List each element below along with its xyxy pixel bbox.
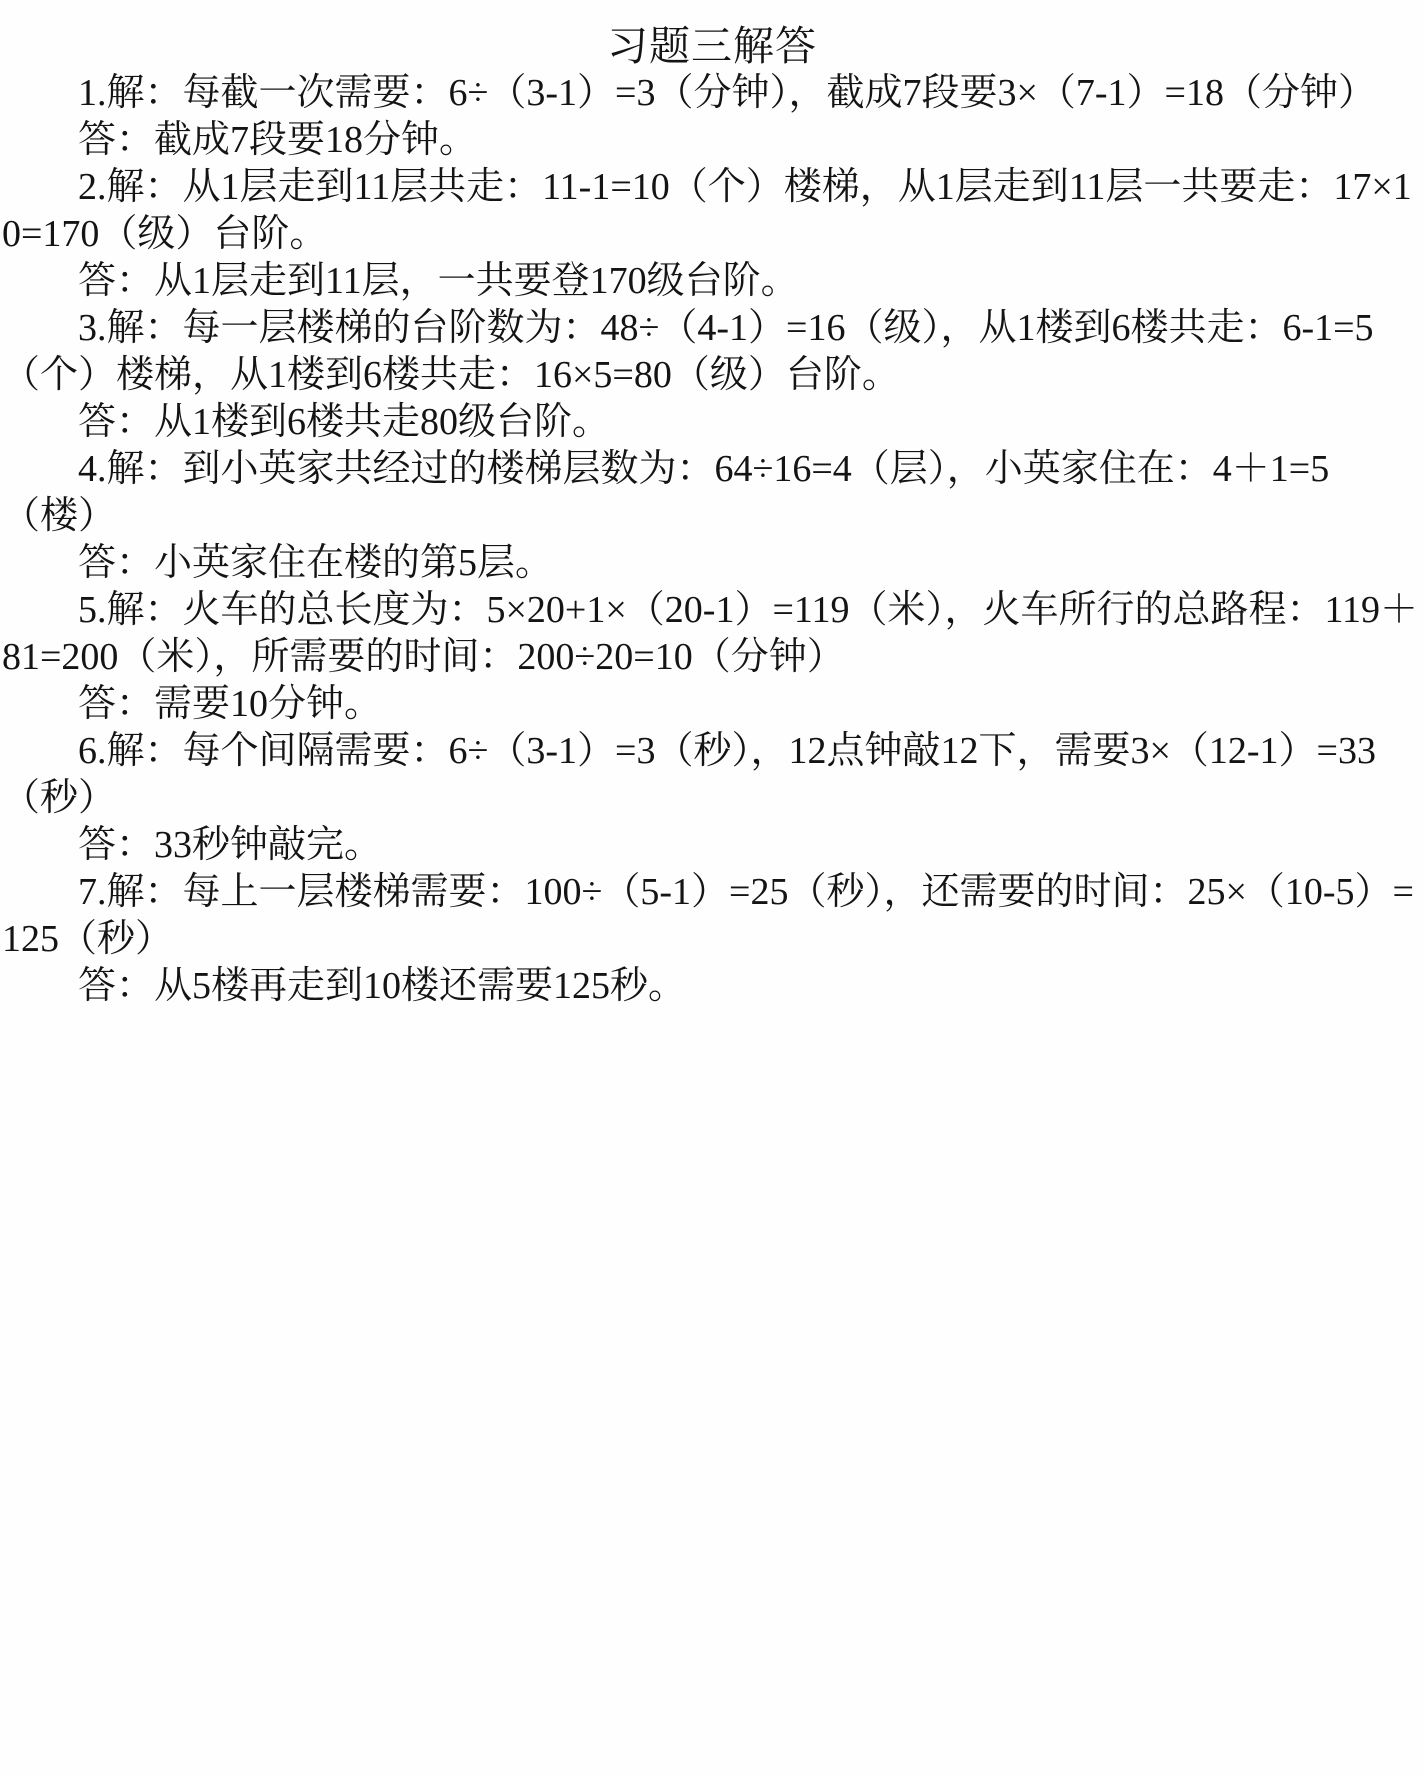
solution-paragraph-3: 3.解：每一层楼梯的台阶数为：48÷（4-1）=16（级），从1楼到6楼共走：6… — [2, 305, 1422, 399]
solution-paragraph-4: 4.解：到小英家共经过的楼梯层数为：64÷16=4（层），小英家住在：4＋1=5… — [2, 446, 1422, 540]
answer-paragraph-4: 答：小英家住在楼的第5层。 — [2, 540, 1422, 587]
document-page: 习题三解答 1.解：每截一次需要：6÷（3-1）=3（分钟），截成7段要3×（7… — [0, 0, 1424, 1776]
answer-paragraph-2: 答：从1层走到11层，一共要登170级台阶。 — [2, 258, 1422, 305]
answer-paragraph-7: 答：从5楼再走到10楼还需要125秒。 — [2, 963, 1422, 1010]
page-title: 习题三解答 — [2, 22, 1422, 70]
solution-paragraph-5: 5.解：火车的总长度为：5×20+1×（20-1）=119（米），火车所行的总路… — [2, 587, 1422, 681]
answer-paragraph-5: 答：需要10分钟。 — [2, 681, 1422, 728]
answer-paragraph-3: 答：从1楼到6楼共走80级台阶。 — [2, 399, 1422, 446]
solution-paragraph-7: 7.解：每上一层楼梯需要：100÷（5-1）=25（秒），还需要的时间：25×（… — [2, 869, 1422, 963]
solution-paragraph-6: 6.解：每个间隔需要：6÷（3-1）=3（秒），12点钟敲12下，需要3×（12… — [2, 728, 1422, 822]
solution-paragraph-2: 2.解：从1层走到11层共走：11-1=10（个）楼梯，从1层走到11层一共要走… — [2, 164, 1422, 258]
answer-paragraph-1: 答：截成7段要18分钟。 — [2, 117, 1422, 164]
solution-paragraph-1: 1.解：每截一次需要：6÷（3-1）=3（分钟），截成7段要3×（7-1）=18… — [2, 70, 1422, 117]
answer-paragraph-6: 答：33秒钟敲完。 — [2, 822, 1422, 869]
